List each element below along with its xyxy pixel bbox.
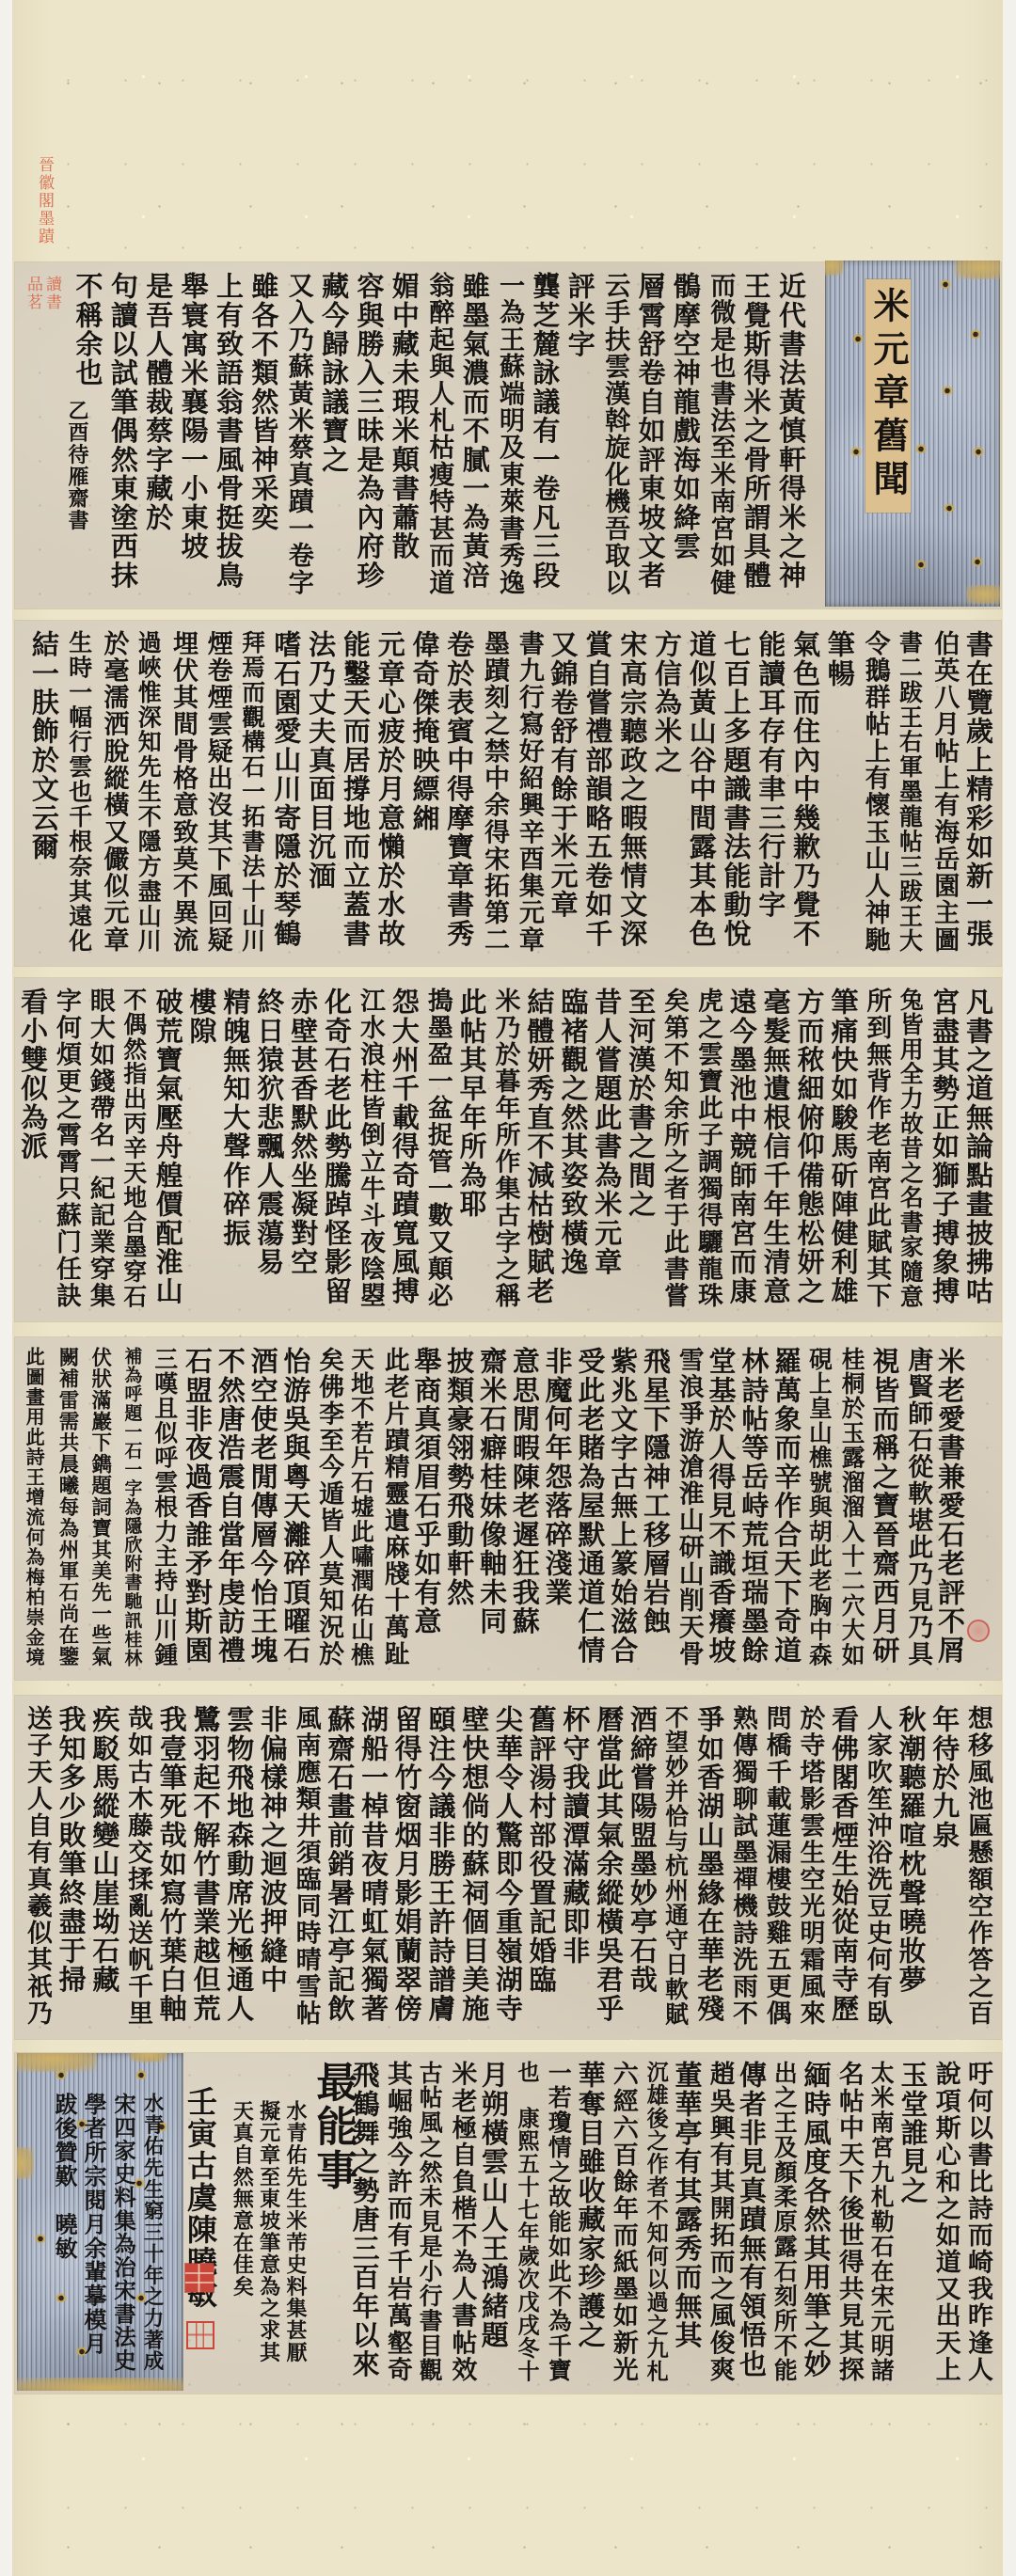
calligraphy-column: 虎之雲寶此子調獨得驪龍珠 [691,988,724,1312]
calligraphy-column: 吁何以書比詩而崎我昨逢人 [961,2061,993,2386]
calligraphy-column: 披類豪翎勢飛動軒然 [443,1347,476,1670]
calligraphy-text: 想移風池匾懸額空作答之百 年待於九泉 秋潮聽羅喧枕聲曉妝夢 人家吹笙沖浴洗豆史何… [20,1705,994,2030]
calligraphy-column: 疾駁馬縱變山崖坳石藏 [87,1705,121,2030]
brocade-motif-icon [34,2234,47,2243]
calligraphy-column: 過峽惟深知先生不隱方盡山川 [130,630,165,956]
calligraphy-column: 樓隙 [184,988,218,1312]
calligraphy-column: 遠今墨池中競師南宮而康 [724,988,758,1312]
calligraphy-column: 學者所宗閱月余輩摹模月 [79,2093,108,2375]
calligraphy-column: 宋四家史料集為治宋書法史 [108,2093,137,2375]
calligraphy-column: 人家吹笙沖浴洗豆史何有臥 [860,1705,894,2030]
round-seal [967,1620,990,1642]
calligraphy-column: 趙吳興有其開拓而之風俊爽 [703,2061,735,2386]
calligraphy-column: 埋伏其間骨格意致莫不異流 [165,630,199,956]
calligraphy-column: 筆痛快如駿馬斫陣健利雄 [826,988,860,1312]
calligraphy-column: 終日猿狖悲飄人震蕩易 [251,988,285,1312]
calligraphy-column: 六經六百餘年而紙墨如新光 [607,2061,639,2386]
calligraphy-column: 酒締嘗陽盟墨妙亭石哉 [625,1705,659,2030]
calligraphy-column: 又入乃蘇黃米蔡真蹟一卷字 [280,272,315,599]
calligraphy-column: 結一肤飾於文云爾 [26,630,61,956]
calligraphy-column: 天地不若片石墟此嘯潤佑山樵 [344,1347,377,1670]
calligraphy-column: 沉雄後之作者不知何以過之九札 [639,2061,671,2386]
calligraphy-column: 王覺斯得米之骨所謂具體 [738,272,772,599]
calligraphy-column: 年待於九泉 [928,1705,961,2030]
calligraphy-column: 雪浪爭游滄淮山研山削天骨 [672,1347,705,1670]
calligraphy-column: 蘇齋石畫前銷暑江亭記飲 [323,1705,357,2030]
brocade-motif-icon [971,557,984,566]
calligraphy-column: 堂基於人得見不識香癢坡 [705,1347,738,1670]
calligraphy-column: 怨大州千載得奇蹟寬風搏 [387,988,421,1312]
calligraphy-column: 昔人嘗題此書為米元章 [589,988,623,1312]
calligraphy-column: 宋高宗聽政之暇無情文深 [614,630,649,956]
calligraphy-column: 書二跋王右軍墨龍帖三跋王大 [892,630,927,956]
brocade-motif-icon [849,447,863,456]
calligraphy-column: 緬時風度各然其用筆之妙 [800,2061,832,2386]
calligraphy-column: 想移風池匾懸額空作答之百 [960,1705,994,2030]
brocade-inscription: 水青佑先生窮三十年之力著成 宋四家史料集為治宋書法史 學者所宗閱月余輩摹模月 跋… [50,2093,167,2375]
calligraphy-column: 擬元章至東坡筆意為之求其 [255,2100,281,2382]
calligraphy-column: 爭如香湖山墨緣在華老殘 [692,1705,726,2030]
panel-3: 凡書之道無論點畫披拂咕 宮盡其勢正如獅子搏象搏 兔皆用全力故昔之名書家隨意 所到… [15,978,1001,1321]
calligraphy-column: 於毫濡洒脫縱橫又儼似元章 [96,630,131,956]
calligraphy-column: 卷於表賓中得摩寶章書秀 [442,630,477,956]
calligraphy-column: 玉堂誰見之 [897,2061,929,2386]
brocade-motif-icon [914,444,928,453]
calligraphy-column: 方而秾細俯仰備態松妍之 [792,988,826,1312]
calligraphy-text: 書在覽歲上精彩如新一張 伯英八月帖上有海岳園主圖 書二跋王右軍墨龍帖三跋王大 令… [26,630,995,956]
calligraphy-column: 墨蹟刻之禁中余得宋拓第二 [476,630,511,956]
calligraphy-column: 說項斯心和之如道又出天上 [929,2061,960,2386]
calligraphy-column: 非偏樣神之迴波押縫中 [255,1705,289,2030]
calligraphy-column: 是吾人體裁蔡字藏於 [140,272,175,599]
calligraphy-column: 水青佑先生米芾史料集甚厭 [282,2100,309,2382]
calligraphy-column: 其崛強今許而有千岩萬壑奇 [381,2061,413,2386]
calligraphy-column: 此圖畫用此詩王增流何為梅柏崇金境 [17,1347,50,1670]
calligraphy-column: 紫兆文字古無上篆始滋合 [606,1347,639,1670]
calligraphy-column: 龔芝麓詠議有一卷凡三段 [527,272,562,599]
calligraphy-column: 闕補雷需共晨曦每為州軍石尚在鑒 [50,1347,83,1670]
signature: 乙酉待雁齋書 [66,395,88,536]
calligraphy-column: 藏今歸詠議寶之 [316,272,351,599]
panel-1: 讀書品茗 近代書法黃慎軒得米之神 王覺斯得米之骨所謂具體 而微是也書法至米南宮如… [15,262,1001,608]
calligraphy-column: 怡游吳與粵天灕碎頂曜石 [279,1347,312,1670]
calligraphy-column: 問橋千載蓮漏樓鼓雞五更偶 [759,1705,793,2030]
calligraphy-column: 唐賢師石從軟堪此乃見乃具 [900,1347,933,1670]
calligraphy-column: 補為呼題一石一字為隱欣附書馳訊桂林 [116,1347,149,1670]
calligraphy-column: 看小雙似為派 [15,988,49,1312]
brocade-motif-icon [851,334,865,343]
calligraphy-column: 米老極自負楷不為人書帖效 [445,2061,477,2386]
brocade-motif-icon [55,2070,68,2079]
calligraphy-column: 看佛閣香煙生始從南寺歷 [826,1705,860,2030]
title-slip: 米元章舊聞 [865,279,911,513]
calligraphy-column: 書九行寫好紹興辛酉集元章 [511,630,546,956]
calligraphy-column: 筆暢 [822,630,857,956]
calligraphy-column: 層霄舒卷自如評東坡文者 [632,272,667,599]
calligraphy-column: 我壹筆死哉如寫竹葉白軸 [154,1705,188,2030]
calligraphy-column: 七百上多題識書法能動悅 [719,630,754,956]
calligraphy-column: 舉寰寓米襄陽一小東坡 [175,272,210,599]
calligraphy-column: 月朔橫雲山人王鴻緒題 [478,2061,510,2386]
calligraphy-column: 搗墨盈一盆捉管一數又顛必 [421,988,454,1312]
calligraphy-column: 赤壁甚香默然坐凝對空 [285,988,319,1312]
calligraphy-column: 句讀以試筆偶然東塗西抹 [105,272,140,599]
brocade-motif-icon [941,386,954,395]
calligraphy-column: 拜焉而觀構石一拓書法十山川 [234,630,269,956]
panel-4: 米老愛書兼愛石老評不屑 唐賢師石從軟堪此乃見乃具 視皆而稱之寶晉齋西月研 桂桐於… [15,1337,1001,1680]
calligraphy-column: 結體妍秀直不減枯樹賦老 [522,988,556,1312]
calligraphy-column: 此帖其早年所為耶 [454,988,488,1312]
calligraphy-column: 評米字 [562,272,596,599]
calligraphy-column: 米乃於暮年所作集古字之稱 [488,988,522,1312]
calligraphy-column: 不偶然指出丙辛天地合墨穿石 [117,988,151,1312]
artist-seal-red [185,2264,214,2292]
brocade-title-panel: 米元章舊聞 [825,261,1000,607]
calligraphy-column: 三嘆且似呼雲根力主持山川鍾 [148,1347,181,1670]
brocade-motif-icon [943,503,956,513]
calligraphy-column: 元章心疲於月意懶於水故 [373,630,407,956]
gold-patch [966,585,1000,604]
calligraphy-column: 曆當此其氣余縱橫吳君乎 [591,1705,625,2030]
calligraphy-column: 法乃丈夫真面目沉湎 [303,630,338,956]
calligraphy-column: 云手扶雲漢斡旋化機吾取以 [597,272,632,599]
calligraphy-column: 書在覽歲上精彩如新一張 [960,630,995,956]
calligraphy-column: 華奪目雖收藏家珍護之 [574,2061,606,2386]
calligraphy-column: 宮盡其勢正如獅子搏象搏 [927,988,960,1312]
gold-patch [17,2147,34,2179]
calligraphy-column: 非魔何年怨落碎淺業 [541,1347,574,1670]
calligraphy-column: 留得竹窗烟月影娟蘭翠傍 [389,1705,423,2030]
calligraphy-column: 雲物飛地森動席光極通人 [221,1705,255,2030]
artist-seal-outline [186,2321,214,2349]
calligraphy-column: 齋米石癖桂妹像軸未同 [475,1347,508,1670]
calligraphy-column: 雖各不類然皆神采奕 [246,272,280,599]
calligraphy-column: 臨褚觀之然其姿致橫逸 [555,988,589,1312]
brocade-motif-icon [972,447,985,456]
calligraphy-column: 杯守我讀潭滿藏即非 [558,1705,592,2030]
calligraphy-column: 雖墨氣濃而不膩一為黃涪 [456,272,491,599]
calligraphy-column: 媚中藏未瑕米顛書蕭散 [387,272,421,599]
calligraphy-text: 吁何以書比詩而崎我昨逢人 說項斯心和之如道又出天上 玉堂誰見之 太米南宮九札勒石… [316,2061,993,2386]
calligraphy-column: 飛星下隱神工移層岩蝕 [639,1347,672,1670]
calligraphy-column: 一若瓊情之故能如此不為千寶 [542,2061,574,2386]
calligraphy-column: 水青佑先生窮三十年之力著成 [137,2093,167,2375]
calligraphy-column: 近代書法黃慎軒得米之神 [773,272,808,599]
brocade-motif-icon [135,2070,148,2079]
calligraphy-column: 嗜石園愛山川寄隱於琴鶴 [269,630,304,956]
calligraphy-column: 不然唐浩震自當年虔訪禮 [214,1347,246,1670]
calligraphy-column: 上有致語翁書風骨挺拔鳥 [211,272,246,599]
calligraphy-column: 熟傳獨聊試墨禪機詩洗雨不 [725,1705,759,2030]
calligraphy-column: 賞自嘗禮部韻略五卷如千 [580,630,615,956]
gold-patch [17,2378,183,2391]
brocade-motif-icon [914,560,928,569]
calligraphy-column: 董華亭有其露秀而無其 [671,2061,703,2386]
calligraphy-small-text: 水青佑先生米芾史料集甚厭 擬元章至東坡筆意為之求其 天真自然無意在佳矣 [229,2100,309,2382]
calligraphy-column: 羅萬象而辛作合天下奇道 [770,1347,802,1670]
calligraphy-column: 頤注今議非勝王許詩譜膚 [423,1705,457,2030]
calligraphy-column: 意思閒暇陳老遲狂我蘇 [508,1347,541,1670]
calligraphy-column: 伏狀滿巖下鐫題詞寶其美先一些氣 [83,1347,116,1670]
calligraphy-column: 米老愛書兼愛石老評不屑 [933,1347,966,1670]
calligraphy-column: 硯上皇山樵號與胡此老胸中森 [802,1347,835,1670]
calligraphy-column: 鶻摩空神龍戲海如絳雲 [668,272,703,599]
calligraphy-column: 古帖風之然未見是小行書目觀 [413,2061,445,2386]
calligraphy-column: 尖華令人驚即今重嶺湖寺 [490,1705,524,2030]
calligraphy-column: 能讀耳存有聿三行計字 [754,630,788,956]
calligraphy-column: 生時一幅行雲也千根奈其遠化 [61,630,96,956]
calligraphy-text: 米老愛書兼愛石老評不屑 唐賢師石從軟堪此乃見乃具 視皆而稱之寶晉齋西月研 桂桐於… [17,1347,966,1670]
calligraphy-column: 也 康熙五十七年歲次戊戌冬十 [510,2061,542,2386]
calligraphy-column: 壁快想倘的蘇祠個目美施 [457,1705,491,2030]
calligraphy-column: 送子天人自有真羲似其祇乃 [20,1705,54,2030]
gold-patch [130,2053,167,2062]
calligraphy-column: 一為王蘇端明及東萊書秀逸 [492,272,527,599]
calligraphy-column: 受此老賭為屋默通道仁情 [574,1347,607,1670]
calligraphy-column: 出之王及顏柔原露石刻所不能 [768,2061,800,2386]
calligraphy-column: 石盟非夜過香誰矛對斯園 [181,1347,214,1670]
calligraphy-column: 此老片蹟精靈遺麻牋十萬趾 [377,1347,410,1670]
calligraphy-column: 風南應類井須臨同時晴雪帖 [289,1705,323,2030]
calligraphy-column: 毫髮無遺根信千年生清意 [758,988,792,1312]
calligraphy-column: 視皆而稱之寶晉齋西月研 [868,1347,901,1670]
calligraphy-column: 鷺羽起不解竹書業越但荒 [188,1705,222,2030]
calligraphy-column: 桂桐於玉露溜溜入十二穴大如 [835,1347,868,1670]
gold-patch [955,261,1000,279]
gold-patch [825,261,844,276]
calligraphy-column: 矣第不知余所之者于此書嘗 [657,988,691,1312]
calligraphy-column: 煙卷煙雲疑出沒其下風回疑 [199,630,234,956]
top-collector-seal: 晉徽閣墨蹟 [35,156,54,245]
calligraphy-column: 道似黃山谷中間露其本色 [684,630,719,956]
calligraphy-column: 最能事 [316,2061,348,2386]
brocade-inscription-panel: 水青佑先生窮三十年之力著成 宋四家史料集為治宋書法史 學者所宗閱月余輩摹模月 跋… [17,2053,183,2391]
calligraphy-column: 能鑿天而居撐地而立蓋書 [338,630,373,956]
calligraphy-column: 又錦卷舒有餘于米元章 [546,630,580,956]
calligraphy-column: 伯英八月帖上有海岳園主圖 [926,630,960,956]
calligraphy-column: 矣佛李至今遁皆人莫知況於 [311,1347,344,1670]
brocade-motif-icon [969,329,982,339]
calligraphy-column: 方信為米之 [649,630,684,956]
calligraphy-column: 傳者非見真蹟無有領悟也 [736,2061,768,2386]
calligraphy-column: 酒空使老閒傳層今怡王塊 [246,1347,279,1670]
calligraphy-column: 字何煩更之霄霄只蘇门任訣 [49,988,83,1312]
calligraphy-column: 飛鶴舞之勢唐三百年以來 [348,2061,380,2386]
calligraphy-column: 哉如古木藤交揉亂送帆千里 [120,1705,154,2030]
panel-2: 書在覽歲上精彩如新一張 伯英八月帖上有海岳園主圖 書二跋王右軍墨龍帖三跋王大 令… [15,621,1001,966]
seal-reading-tea: 讀書品茗 [22,276,61,313]
calligraphy-column: 所到無背作老南宮此賦其下 [859,988,893,1312]
calligraphy-column: 江水浪柱皆倒立牛斗夜陰曌 [353,988,387,1312]
brocade-motif-icon [939,279,952,289]
calligraphy-text: 凡書之道無論點畫披拂咕 宮盡其勢正如獅子搏象搏 兔皆用全力故昔之名書家隨意 所到… [15,988,994,1312]
calligraphy-column: 秋潮聽羅喧枕聲曉妝夢 [894,1705,928,2030]
calligraphy-column: 氣色而住內中幾歉乃覺不 [787,630,822,956]
calligraphy-column: 精魄無知大聲作碎振 [218,988,252,1312]
gold-patch [17,2053,97,2072]
panel-5: 想移風池匾懸額空作答之百 年待於九泉 秋潮聽羅喧枕聲曉妝夢 人家吹笙沖浴洗豆史何… [15,1696,1001,2039]
calligraphy-column: 至河漢於書之間之 [623,988,657,1312]
calligraphy-column: 不望妙并恰与杭州通守日軟賦 [659,1705,692,2030]
calligraphy-column: 兔皆用全力故昔之名書家隨意 [893,988,927,1312]
calligraphy-column: 跋後贊歎 曉敏 [50,2093,79,2375]
calligraphy-column: 化奇石老此勢騰踔怪影留 [319,988,353,1312]
calligraphy-column: 天真自然無意在佳矣 [229,2100,255,2382]
calligraphy-column: 名帖中天下後世得共見其探 [833,2061,865,2386]
calligraphy-column: 太米南宮九札勒石在宋元明諸 [865,2061,897,2386]
calligraphy-column: 翁醉起與人札枯瘦特甚而道 [421,272,456,599]
calligraphy-text: 近代書法黃慎軒得米之神 王覺斯得米之骨所謂具體 而微是也書法至米南宮如健 鶻摩空… [70,272,808,599]
calligraphy-column: 我知多少敗筆終盡于掃 [54,1705,87,2030]
calligraphy-column: 舊評湯村部役置記婚臨 [524,1705,558,2030]
calligraphy-column: 眼大如錢帶名一紀記業穿集 [83,988,117,1312]
calligraphy-column: 破荒寶氣壓舟艎價配淮山 [151,988,184,1312]
calligraphy-column: 於寺塔影雲生空光明霜風來 [793,1705,827,2030]
calligraphy-column: 湖船一棹昔夜晴虹氣獨著 [356,1705,389,2030]
calligraphy-column: 偉奇傑掩映縹緗 [407,630,442,956]
calligraphy-column: 林詩帖等岳峙荒垣瑞墨餘 [738,1347,770,1670]
calligraphy-column: 凡書之道無論點畫披拂咕 [960,988,994,1312]
calligraphy-column: 令鵝群帖上有懷玉山人神馳 [857,630,892,956]
calligraphy-column: 而微是也書法至米南宮如健 [703,272,738,599]
calligraphy-column: 容與勝入三昧是為內府珍 [351,272,386,599]
panel-6: 水青佑先生窮三十年之力著成 宋四家史料集為治宋書法史 學者所宗閱月余輩摹模月 跋… [15,2053,1001,2394]
calligraphy-column: 舉商真須眉石乎如有意 [410,1347,443,1670]
